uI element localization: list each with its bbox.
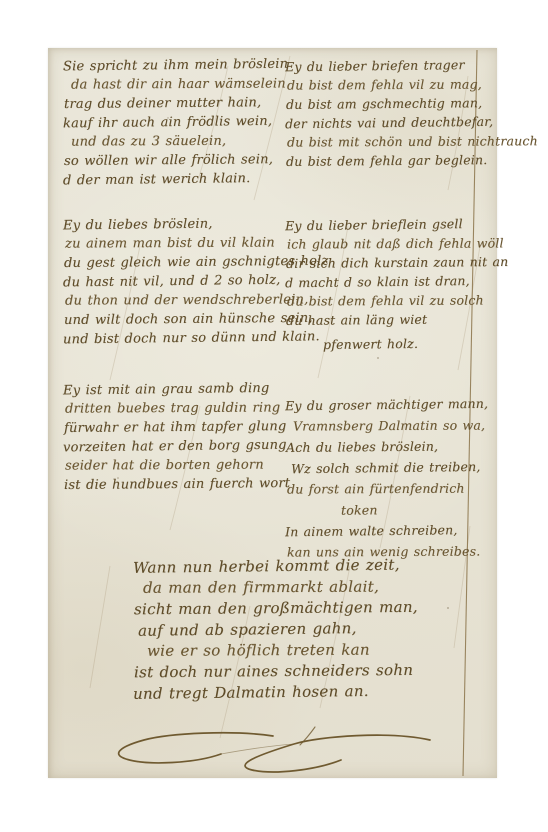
verse-line: und tregt Dalmatin hosen an.: [133, 680, 433, 705]
verse-line: Ey du lieber brieflein gsell: [285, 214, 495, 236]
verse-line: Ey du liebes bröslein,: [63, 214, 291, 236]
scan-background: Sie spricht zu ihm mein bröslein da hast…: [0, 0, 548, 832]
stanza: Ey du lieber briefen trager du bist dem …: [285, 56, 495, 170]
verse-line: Vramnsberg Dalmatin so wa,: [293, 414, 497, 436]
left-text-column: Sie spricht zu ihm mein bröslein da hast…: [63, 56, 291, 494]
verse-line: du hast nit vil, und d 2 so holz,: [63, 271, 291, 293]
verse-line: d macht d so klain ist dran,: [285, 271, 495, 293]
verse-line: du forst ain fürtenfendrich: [287, 477, 497, 499]
verse-line: und das zu 3 säuelein,: [71, 131, 293, 151]
verse-line: der nichts vai und deuchtbefar,: [285, 112, 495, 134]
verse-line: du thon und der wendschreberlein,: [65, 290, 293, 310]
interlinear-insertion: token: [341, 498, 496, 520]
verse-line: fürwahr er hat ihm tapfer glung: [64, 417, 292, 438]
manuscript-page: Sie spricht zu ihm mein bröslein da hast…: [48, 48, 497, 778]
verse-line: d der man ist werich klain.: [63, 169, 291, 191]
stanza: Sie spricht zu ihm mein bröslein da hast…: [63, 56, 291, 189]
verse-line: vorzeiten hat er den borg gsung: [63, 436, 291, 458]
verse-line: Ach du liebes bröslein,: [286, 435, 496, 458]
verse-line: du bist am gschmechtig man,: [286, 93, 496, 114]
verse-line: ich glaub nit daß dich fehla wöll: [287, 233, 497, 253]
verse-line: da man den firmmarkt ablait,: [143, 576, 435, 599]
verse-line: seider hat die borten gehorn: [65, 455, 293, 475]
verse-line: so wöllen wir alle frölich sein,: [64, 150, 292, 171]
verse-line: Ey du groser mächtiger mann,: [285, 393, 495, 417]
right-text-column: Ey du lieber briefen trager du bist dem …: [285, 56, 495, 562]
verse-line: du bist dem fehla vil zu solch: [287, 290, 497, 310]
stanza: Ey du lieber brieflein gsell ich glaub n…: [285, 215, 495, 353]
verse-line: Wann nun herbei kommt die zeit,: [133, 554, 433, 579]
verse-line: Ey du lieber briefen trager: [285, 55, 495, 77]
verse-line: trag dus deiner mutter hain,: [64, 93, 292, 114]
verse-line: auf und ab spazieren gahn,: [138, 617, 433, 642]
verse-line: du bist mit schön und bist nichtrauch: [287, 131, 497, 151]
verse-line: wie er so höflich treten kan: [147, 639, 435, 662]
verse-line: du gest gleich wie ain gschnigtes holz: [64, 252, 292, 273]
verse-line: du bist dem fehla vil zu mag,: [287, 74, 497, 94]
stanza: Ey du groser mächtiger mann, Vramnsberg …: [285, 394, 495, 562]
verse-line: da hast dir ain haar wämselein: [71, 74, 293, 94]
verse-line: ist die hundbues ain fuerch wort: [64, 474, 292, 495]
verse-line: Sie spricht zu ihm mein bröslein: [63, 55, 291, 77]
verse-line: dritten buebes trag guldin ring: [65, 398, 293, 418]
bottom-stanza: Wann nun herbei kommt die zeit, da man d…: [133, 556, 433, 703]
verse-line: In ainem walte schreiben,: [285, 519, 495, 543]
verse-line: und wilt doch son ain hünsche sein,: [64, 309, 292, 330]
pen-flourish: [58, 726, 478, 778]
verse-line: pfenwert holz.: [323, 333, 495, 354]
verse-line: kauf ihr auch ain frödlis wein,: [63, 112, 291, 134]
verse-line: dir sich dich kurstain zaun nit an: [286, 252, 496, 273]
stanza: Ey ist mit ain grau samb ding dritten bu…: [63, 380, 291, 494]
verse-line: Wz solch schmit die treiben,: [291, 456, 495, 479]
verse-line: Ey ist mit ain grau samb ding: [63, 379, 291, 401]
stanza: Ey du liebes bröslein, zu ainem man bist…: [63, 215, 291, 348]
verse-line: du hast ain läng wiet: [286, 309, 496, 330]
verse-line: zu ainem man bist du vil klain: [65, 233, 293, 253]
verse-line: und bist doch nur so dünn und klain.: [63, 328, 291, 350]
verse-line: du bist dem fehla gar beglein.: [286, 150, 496, 171]
